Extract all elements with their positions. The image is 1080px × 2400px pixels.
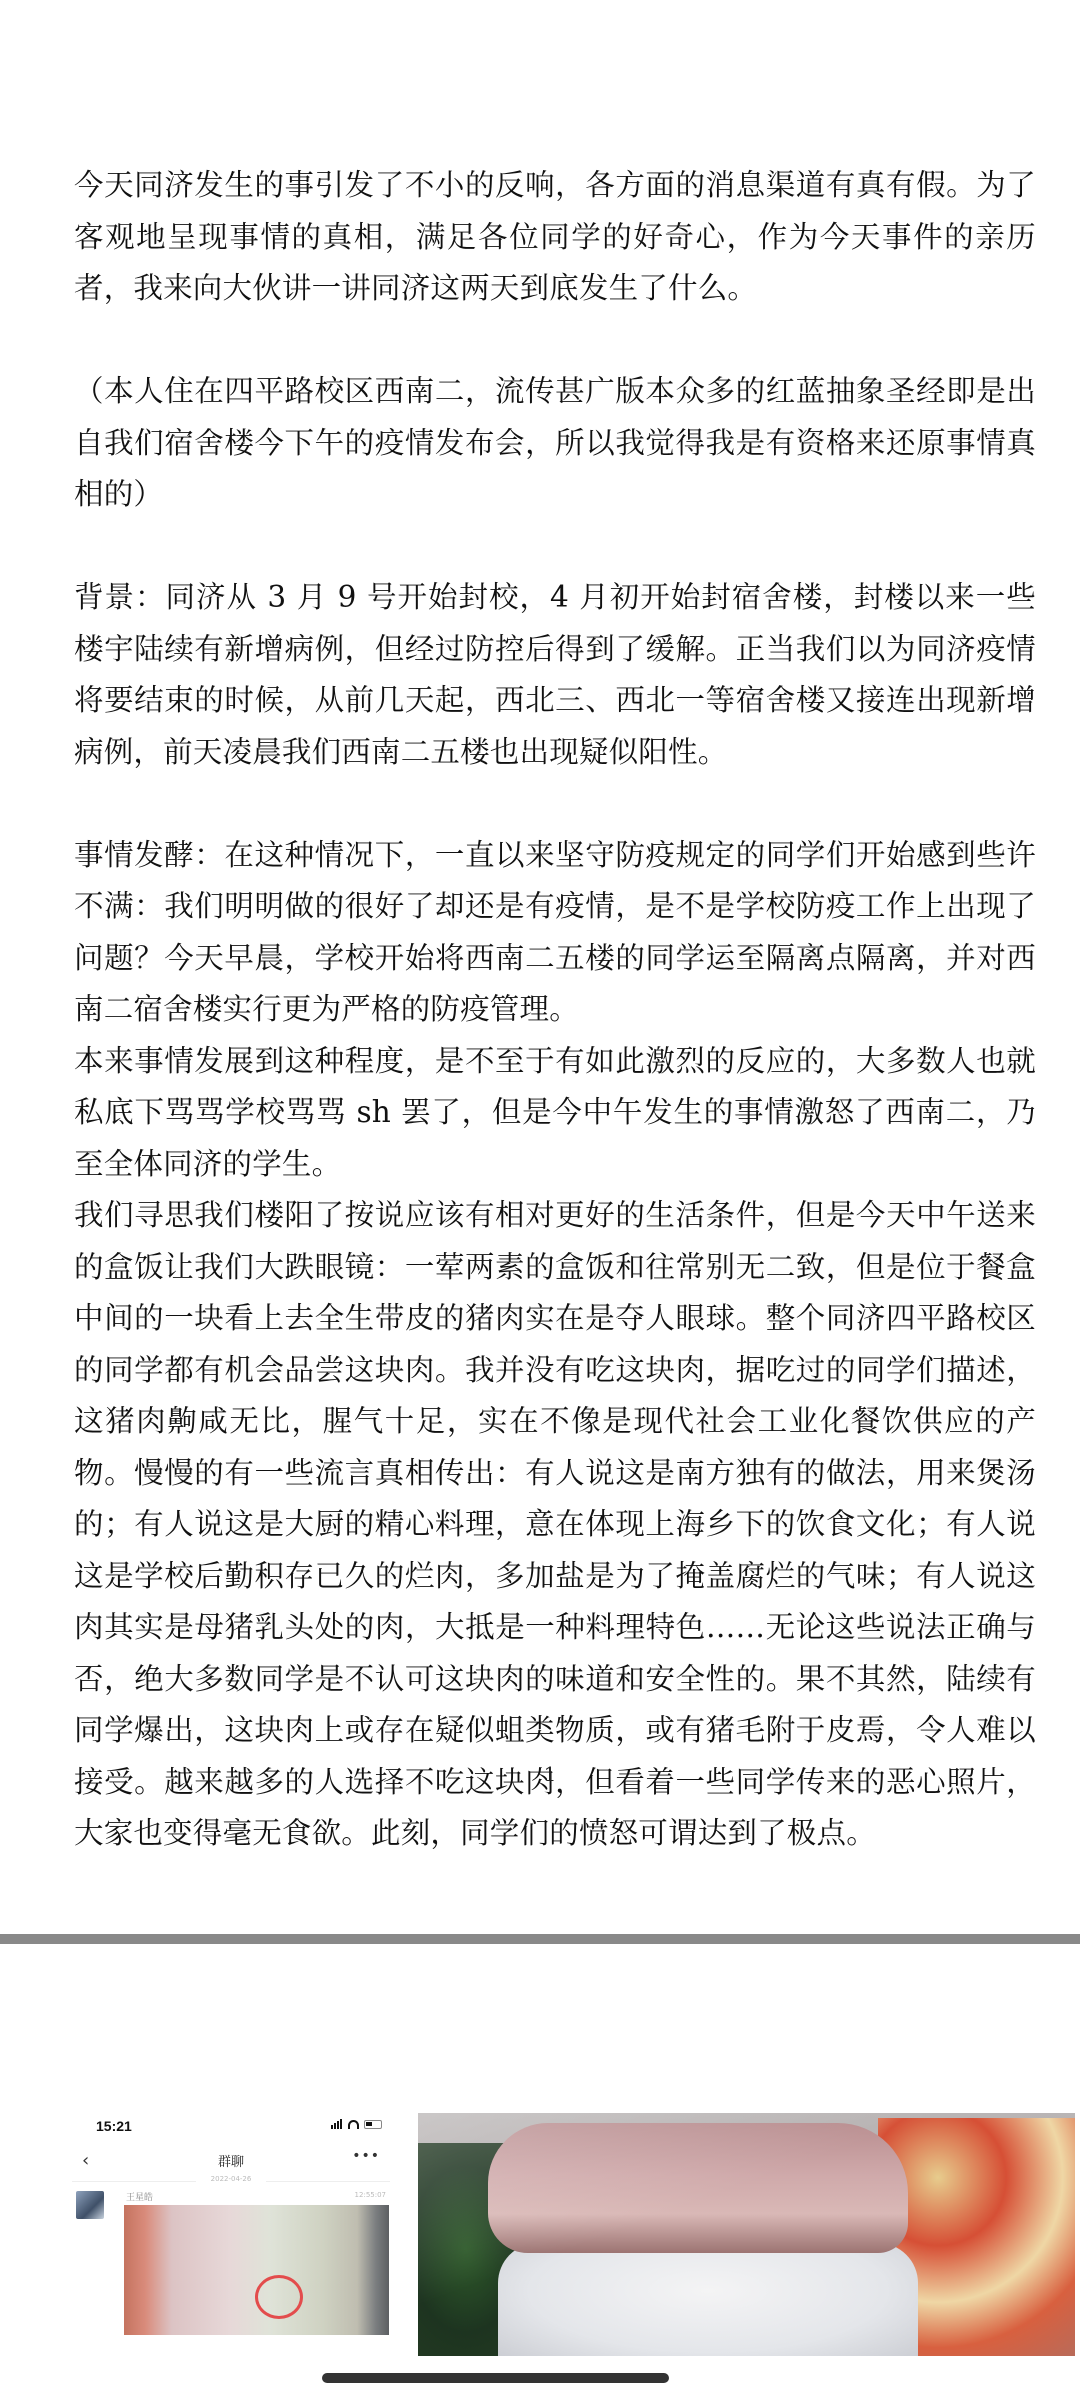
sender-name: 王星皓 xyxy=(126,2190,153,2203)
food-photo-image[interactable] xyxy=(418,2113,1075,2356)
paragraph-lunch: 我们寻思我们楼阳了按说应该有相对更好的生活条件，但是今天中午送来的盒饭让我们大跌… xyxy=(74,1190,1036,1860)
battery-icon xyxy=(364,2120,382,2129)
message-photo xyxy=(124,2205,389,2335)
paragraph-background: 背景：同济从 3 月 9 号开始封校，4 月初开始封宿舍楼，封楼以来一些楼宇陆续… xyxy=(74,572,1036,778)
chat-nav-bar: ‹ 群聊 ••• xyxy=(62,2148,400,2178)
chat-screenshot-image[interactable]: 15:21 ‹ 群聊 ••• 2022-04-26 王星皓 12:55:07 xyxy=(62,2113,400,2363)
paragraph-escalation: 本来事情发展到这种程度，是不至于有如此激烈的反应的，大多数人也就私底下骂骂学校骂… xyxy=(74,1036,1036,1191)
paragraph-note: （本人住在四平路校区西南二，流传甚广版本众多的红蓝抽象圣经即是出自我们宿舍楼今下… xyxy=(74,366,1036,521)
chat-title: 群聊 xyxy=(62,2151,400,2170)
date-divider: 2022-04-26 xyxy=(72,2175,390,2187)
status-time: 15:21 xyxy=(96,2118,132,2134)
red-circle-annotation xyxy=(255,2275,303,2319)
page-separator xyxy=(0,1934,1080,1944)
paragraph-gap xyxy=(74,778,1036,830)
paragraph-gap xyxy=(74,521,1036,573)
wifi-icon xyxy=(348,2120,359,2129)
paragraph-gap xyxy=(74,315,1036,367)
status-bar: 15:21 xyxy=(62,2113,400,2143)
more-icon: ••• xyxy=(352,2148,380,2164)
article-body: 今天同济发生的事引发了不小的反响，各方面的消息渠道有真有假。为了客观地呈现事情的… xyxy=(74,160,1036,1860)
paragraph-intro: 今天同济发生的事引发了不小的反响，各方面的消息渠道有真有假。为了客观地呈现事情的… xyxy=(74,160,1036,315)
plastic-lid-glare xyxy=(418,2113,1075,2356)
page-number: 1 xyxy=(0,1762,1080,1786)
signal-icon xyxy=(331,2119,343,2129)
document-page-1: 今天同济发生的事引发了不小的反响，各方面的消息渠道有真有假。为了客观地呈现事情的… xyxy=(0,0,1080,1934)
chat-date: 2022-04-26 xyxy=(196,2175,266,2183)
status-icons xyxy=(331,2119,382,2129)
avatar xyxy=(76,2191,104,2219)
message-time: 12:55:07 xyxy=(355,2191,386,2199)
paragraph-development: 事情发酵：在这种情况下，一直以来坚守防疫规定的同学们开始感到些许不满：我们明明做… xyxy=(74,830,1036,1036)
home-indicator[interactable] xyxy=(322,2373,669,2383)
